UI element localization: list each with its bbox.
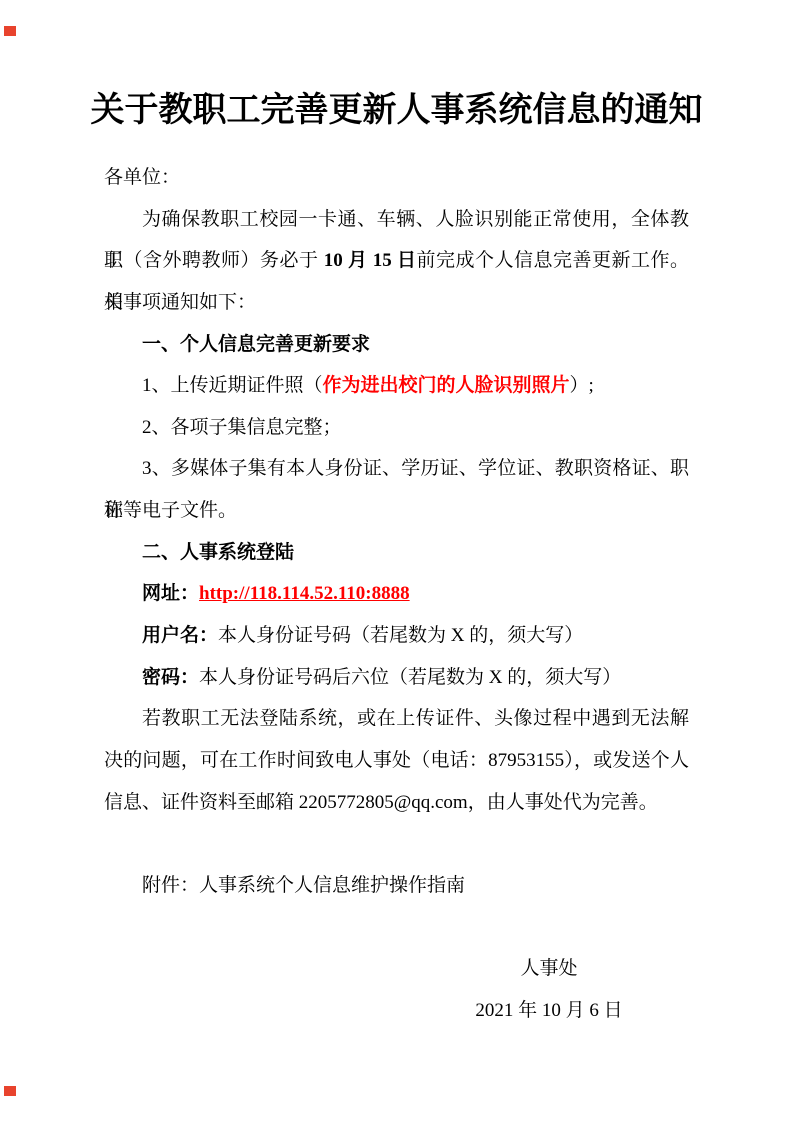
date-text: 2021 年 10 月 6 日 — [475, 1000, 622, 1021]
item2-text: 2、各项子集信息完整； — [142, 417, 342, 438]
section1-item2-line: 2、各项子集信息完整； — [104, 407, 689, 449]
intro-line-2: 工（含外聘教师）务必于 10 月 15 日前完成个人信息完善更新工作。相 — [104, 240, 689, 282]
password-label: 密码： — [142, 667, 199, 688]
document-title: 关于教职工完善更新人事系统信息的通知 — [0, 88, 793, 132]
help-text-1: 若教职工无法登陆系统，或在上传证件、头像过程中遇到无法解 — [142, 708, 689, 729]
personnel-system-link[interactable]: http://118.114.52.110:8888 — [199, 583, 410, 604]
intro-line-1: 为确保教职工校园一卡通、车辆、人脸识别能正常使用，全体教职 — [104, 199, 689, 241]
password-line: 密码：本人身份证号码后六位（若尾数为 X 的，须大写） — [104, 657, 689, 699]
intro-text-2-pre: 工（含外聘教师）务必于 — [104, 250, 324, 271]
blank-line-1 — [104, 823, 689, 865]
attachment-text: 附件：人事系统个人信息维护操作指南 — [142, 875, 465, 896]
date-line: 2021 年 10 月 6 日 — [104, 990, 689, 1032]
document-body: 各单位： 为确保教职工校园一卡通、车辆、人脸识别能正常使用，全体教职 工（含外聘… — [104, 157, 689, 1031]
help-text-3: 信息、证件资料至邮箱 2205772805@qq.com，由人事处代为完善。 — [104, 792, 658, 813]
help-line-3: 信息、证件资料至邮箱 2205772805@qq.com，由人事处代为完善。 — [104, 782, 689, 824]
help-text-2: 决的问题，可在工作时间致电人事处（电话：87953155），或发送个人 — [104, 750, 689, 771]
url-label: 网址： — [142, 583, 199, 604]
section1-item3-line-1: 3、多媒体子集有本人身份证、学历证、学位证、教职资格证、职称 — [104, 448, 689, 490]
red-mark-top-left — [4, 26, 16, 36]
salutation-text: 各单位： — [104, 167, 180, 188]
help-line-1: 若教职工无法登陆系统，或在上传证件、头像过程中遇到无法解 — [104, 698, 689, 740]
username-value: 本人身份证号码（若尾数为 X 的，须大写） — [218, 625, 583, 646]
section1-heading: 一、个人信息完善更新要求 — [142, 334, 370, 355]
signature-line: 人事处 — [104, 948, 689, 990]
item1-text-pre: 1、上传近期证件照（ — [142, 375, 323, 396]
attachment-line: 附件：人事系统个人信息维护操作指南 — [104, 865, 689, 907]
deadline-date: 10 月 15 日 — [324, 250, 417, 271]
help-line-2: 决的问题，可在工作时间致电人事处（电话：87953155），或发送个人 — [104, 740, 689, 782]
section1-item3-line-2: 证等电子文件。 — [104, 490, 689, 532]
intro-text-3: 关事项通知如下： — [104, 292, 256, 313]
blank-line-2 — [104, 907, 689, 949]
section2-heading: 二、人事系统登陆 — [142, 542, 294, 563]
password-value: 本人身份证号码后六位（若尾数为 X 的，须大写） — [199, 667, 621, 688]
red-mark-bottom-left — [4, 1086, 16, 1096]
item1-red-highlight: 作为进出校门的人脸识别照片 — [323, 375, 570, 396]
section1-item1-line: 1、上传近期证件照（作为进出校门的人脸识别照片）; — [104, 365, 689, 407]
username-line: 用户名：本人身份证号码（若尾数为 X 的，须大写） — [104, 615, 689, 657]
url-line: 网址：http://118.114.52.110:8888 — [104, 573, 689, 615]
document-page: 关于教职工完善更新人事系统信息的通知 各单位： 为确保教职工校园一卡通、车辆、人… — [0, 0, 793, 1122]
item3-text-2: 证等电子文件。 — [104, 500, 237, 521]
salutation-line: 各单位： — [104, 157, 689, 199]
intro-line-3: 关事项通知如下： — [104, 282, 689, 324]
item1-text-post: ）; — [570, 375, 594, 396]
signature-text: 人事处 — [520, 958, 577, 979]
section1-heading-line: 一、个人信息完善更新要求 — [104, 324, 689, 366]
section2-heading-line: 二、人事系统登陆 — [104, 532, 689, 574]
username-label: 用户名： — [142, 625, 218, 646]
